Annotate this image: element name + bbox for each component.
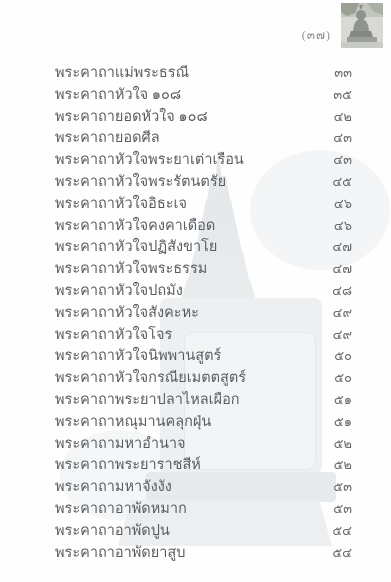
toc-entry-page-number: ๔๗	[320, 258, 352, 280]
toc-row: พระคาถาหัวใจสังคะหะ๔๙	[55, 302, 352, 324]
toc-row: พระคาถามหาจังงัง๕๓	[55, 476, 352, 498]
toc-row: พระคาถาพระยาราชสีห์๕๒	[55, 454, 352, 476]
toc-entry-title: พระคาถาหัวใจอิธะเจ	[55, 194, 187, 216]
toc-entry-title: พระคาถาแม่พระธรณี	[55, 63, 189, 85]
toc-entry-page-number: ๔๖	[322, 215, 352, 237]
toc-entry-title: พระคาถามหาอำนาจ	[55, 434, 186, 456]
toc-entry-page-number: ๕๒	[322, 433, 352, 455]
toc-entry-title: พระคาถาหัวใจคงคาเดือด	[55, 216, 215, 238]
toc-entry-title: พระคาถาอาพัดปูน	[55, 521, 170, 543]
toc-entry-page-number: ๕๔	[320, 542, 352, 564]
statue-photo	[341, 3, 383, 48]
toc-entry-page-number: ๔๓	[321, 149, 352, 171]
toc-entry-title: พระคาถาหัวใจกรณียเมตตสูตร์	[55, 368, 246, 390]
toc-entry-title: พระคาถาหัวใจพระยาเต่าเรือน	[55, 150, 244, 172]
toc-entry-page-number: ๔๓	[321, 127, 352, 149]
toc-entry-page-number: ๕๐	[322, 367, 352, 389]
toc-entry-page-number: ๔๕	[320, 171, 352, 193]
toc-entry-title: พระคาถายอดหัวใจ ๑๐๘	[55, 107, 208, 129]
toc-row: พระคาถาหัวใจนิพพานสูตร์๕๐	[55, 345, 352, 367]
toc-entry-page-number: ๔๒	[322, 106, 352, 128]
toc-entry-title: พระคาถาหัวใจพระธรรม	[55, 259, 207, 281]
toc-entry-title: พระคาถาอาพัดยาสูบ	[55, 543, 185, 565]
toc-row: พระคาถาหัวใจโจร๔๙	[55, 324, 352, 346]
toc-entry-title: พระคาถาหัวใจโจร	[55, 325, 172, 347]
toc-entry-title: พระคาถาหัวใจปฏิสังขาโย	[55, 237, 217, 259]
toc-row: พระคาถาพระยาปลาไหลเผือก๕๑	[55, 389, 352, 411]
book-page: (๓๗) พระคาถาแม่พระธรณี๓๓พระคาถาหัวใจ ๑๐๘…	[0, 0, 391, 582]
toc-entry-page-number: ๕๒	[322, 454, 352, 476]
toc-row: พระคาถาหัวใจคงคาเดือด๔๖	[55, 215, 352, 237]
toc-row: พระคาถาหัวใจพระรัตนตรัย๔๕	[55, 171, 352, 193]
toc-entry-title: พระคาถายอดศีล	[55, 128, 160, 150]
toc-entry-page-number: ๓๕	[321, 84, 352, 106]
toc-row: พระคาถายอดศีล๔๓	[55, 127, 352, 149]
statue-photo-image	[341, 3, 383, 48]
toc-entry-page-number: ๓๓	[322, 62, 352, 84]
toc-row: พระคาถาแม่พระธรณี๓๓	[55, 62, 352, 84]
toc-entry-title: พระคาถามหาจังงัง	[55, 477, 172, 499]
toc-entry-page-number: ๕๓	[321, 476, 352, 498]
toc-entry-page-number: ๕๔	[320, 520, 352, 542]
toc-entry-title: พระคาถาพระยาปลาไหลเผือก	[55, 390, 240, 412]
toc-row: พระคาถาหัวใจอิธะเจ๔๖	[55, 193, 352, 215]
toc-row: พระคาถายอดหัวใจ ๑๐๘๔๒	[55, 106, 352, 128]
toc-entry-page-number: ๕๓	[321, 498, 352, 520]
toc-entry-page-number: ๔๙	[321, 324, 352, 346]
toc-list: พระคาถาแม่พระธรณี๓๓พระคาถาหัวใจ ๑๐๘๓๕พระ…	[55, 62, 352, 563]
toc-entry-title: พระคาถาหัวใจนิพพานสูตร์	[55, 346, 221, 368]
toc-entry-title: พระคาถาหัวใจพระรัตนตรัย	[55, 172, 226, 194]
folio-page-number: (๓๗)	[302, 26, 331, 45]
toc-row: พระคาถาหัวใจกรณียเมตตสูตร์๕๐	[55, 367, 352, 389]
toc-entry-title: พระคาถาหณุมานคลุกฝุ่น	[55, 412, 211, 434]
toc-entry-page-number: ๔๘	[320, 280, 352, 302]
toc-entry-page-number: ๕๐	[322, 345, 352, 367]
toc-row: พระคาถามหาอำนาจ๕๒	[55, 433, 352, 455]
toc-entry-title: พระคาถาหัวใจสังคะหะ	[55, 303, 199, 325]
toc-row: พระคาถาหัวใจปฏิสังขาโย๔๗	[55, 236, 352, 258]
toc-entry-page-number: ๔๗	[320, 236, 352, 258]
toc-entry-page-number: ๕๑	[322, 389, 352, 411]
toc-row: พระคาถาหัวใจพระยาเต่าเรือน๔๓	[55, 149, 352, 171]
toc-row: พระคาถาอาพัดหมาก๕๓	[55, 498, 352, 520]
toc-entry-title: พระคาถาหัวใจปถมัง	[55, 281, 183, 303]
toc-entry-page-number: ๔๙	[321, 302, 352, 324]
toc-row: พระคาถาอาพัดยาสูบ๕๔	[55, 542, 352, 564]
toc-row: พระคาถาหัวใจ ๑๐๘๓๕	[55, 84, 352, 106]
toc-entry-title: พระคาถาหัวใจ ๑๐๘	[55, 85, 181, 107]
toc-row: พระคาถาหัวใจปถมัง๔๘	[55, 280, 352, 302]
toc-row: พระคาถาอาพัดปูน๕๔	[55, 520, 352, 542]
toc-entry-title: พระคาถาอาพัดหมาก	[55, 499, 187, 521]
toc-row: พระคาถาหัวใจพระธรรม๔๗	[55, 258, 352, 280]
toc-entry-page-number: ๔๖	[322, 193, 352, 215]
toc-row: พระคาถาหณุมานคลุกฝุ่น๕๑	[55, 411, 352, 433]
toc-entry-title: พระคาถาพระยาราชสีห์	[55, 455, 201, 477]
toc-entry-page-number: ๕๑	[322, 411, 352, 433]
